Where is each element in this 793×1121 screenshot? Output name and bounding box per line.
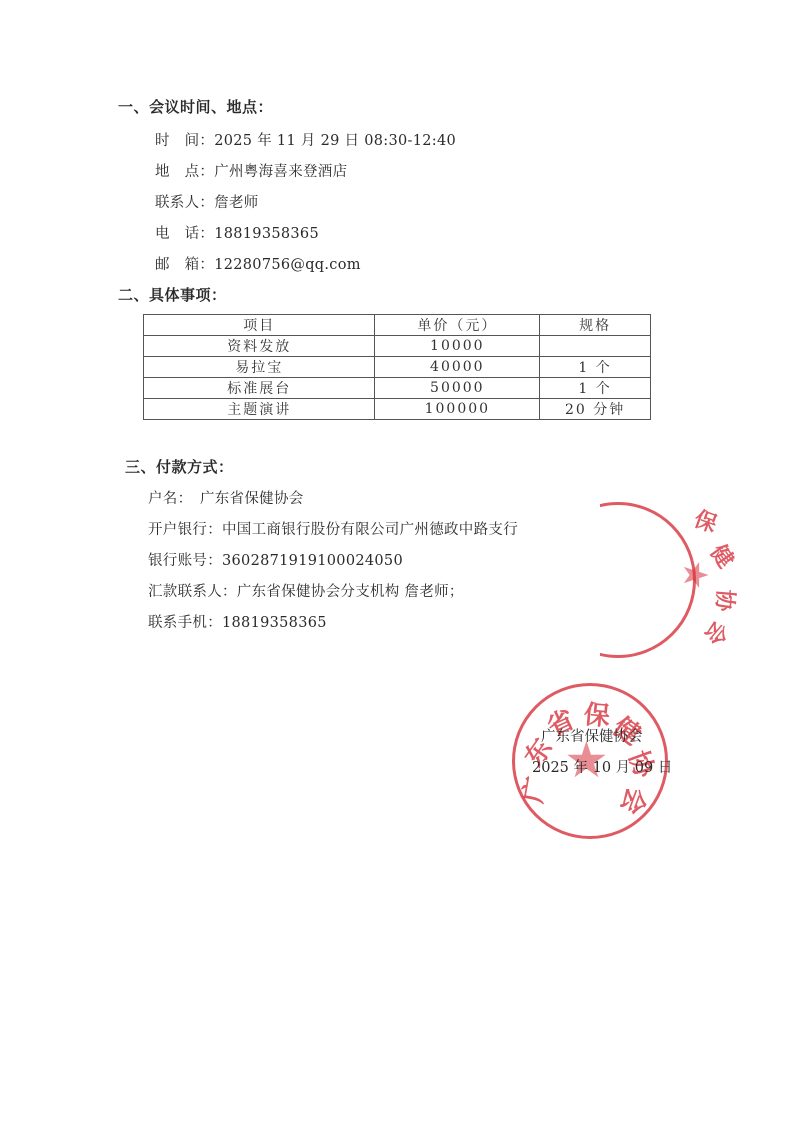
remit-contact-line: 汇款联系人：广东省保健协会分支机构 詹老师；: [148, 580, 464, 601]
table-row: 主题演讲 100000 20 分钟: [144, 399, 651, 420]
table-cell: 1 个: [540, 357, 651, 378]
contact-mobile-line: 联系手机：18819358365: [148, 611, 327, 632]
line-label: 电 话：: [155, 226, 214, 242]
line-value: 12280756@qq.com: [214, 257, 361, 273]
seal-char: 协: [710, 588, 743, 613]
line-value: 詹老师: [214, 195, 258, 211]
meeting-location-line: 地 点：广州粤海喜来登酒店: [155, 160, 347, 181]
table-cell: 40000: [375, 357, 540, 378]
email-line: 邮 箱：12280756@qq.com: [155, 253, 361, 274]
line-value: 广东省保健协会分支机构 詹老师；: [237, 584, 464, 600]
account-name-line: 户名： 广东省保健协会: [148, 487, 304, 508]
seal-char: 会: [698, 615, 736, 652]
line-value: 广州粤海喜来登酒店: [214, 164, 347, 180]
line-label: 邮 箱：: [155, 257, 214, 273]
table-cell: 1 个: [540, 378, 651, 399]
table-cell: 主题演讲: [144, 399, 375, 420]
table-cell: 10000: [375, 336, 540, 357]
account-number-line: 银行账号：3602871919100024050: [148, 549, 403, 570]
table-cell: 20 分钟: [540, 399, 651, 420]
line-label: 联系手机：: [148, 615, 222, 631]
table-cell: 易拉宝: [144, 357, 375, 378]
table-cell: 资料发放: [144, 336, 375, 357]
table-header-row: 项目 单价（元） 规格: [144, 315, 651, 336]
table-row: 标准展台 50000 1 个: [144, 378, 651, 399]
table-header: 规格: [540, 315, 651, 336]
table-header: 项目: [144, 315, 375, 336]
seal-char: 保: [690, 502, 721, 539]
line-label: 地 点：: [155, 164, 214, 180]
line-value: 中国工商银行股份有限公司广州德政中路支行: [222, 522, 518, 538]
seal-char: 广: [513, 773, 554, 805]
contact-person-line: 联系人：詹老师: [155, 191, 259, 212]
star-icon: ★: [675, 560, 715, 590]
table-row: 易拉宝 40000 1 个: [144, 357, 651, 378]
table-header: 单价（元）: [375, 315, 540, 336]
side-seal-stamp: ★ 保 健 协 会: [600, 500, 793, 660]
line-value: 18819358365: [214, 226, 319, 242]
signature-date: 2025 年 10 月 09 日: [532, 756, 672, 777]
line-value: 18819358365: [222, 615, 327, 631]
table-row: 资料发放 10000: [144, 336, 651, 357]
section-3-heading: 三、付款方式：: [125, 456, 234, 477]
line-value: 广东省保健协会: [185, 491, 303, 507]
line-value: 3602871919100024050: [222, 553, 403, 569]
meeting-time-line: 时 间：2025 年 11 月 29 日 08:30-12:40: [155, 129, 456, 150]
line-label: 银行账号：: [148, 553, 222, 569]
section-1-heading: 一、会议时间、地点：: [118, 96, 273, 117]
bank-line: 开户银行：中国工商银行股份有限公司广州德政中路支行: [148, 518, 518, 539]
phone-line: 电 话：18819358365: [155, 222, 319, 243]
line-label: 时 间：: [155, 133, 214, 149]
items-table: 项目 单价（元） 规格 资料发放 10000 易拉宝 40000 1 个 标准展…: [143, 314, 651, 420]
line-label: 汇款联系人：: [148, 584, 237, 600]
table-cell: 标准展台: [144, 378, 375, 399]
table-cell: 50000: [375, 378, 540, 399]
line-value: 2025 年 11 月 29 日 08:30-12:40: [214, 133, 456, 149]
table-cell: [540, 336, 651, 357]
line-label: 联系人：: [155, 195, 214, 211]
signature-org: 广东省保健协会: [541, 725, 643, 746]
line-label: 户名：: [148, 491, 185, 507]
line-label: 开户银行：: [148, 522, 222, 538]
table-cell: 100000: [375, 399, 540, 420]
section-2-heading: 二、具体事项：: [118, 284, 227, 305]
